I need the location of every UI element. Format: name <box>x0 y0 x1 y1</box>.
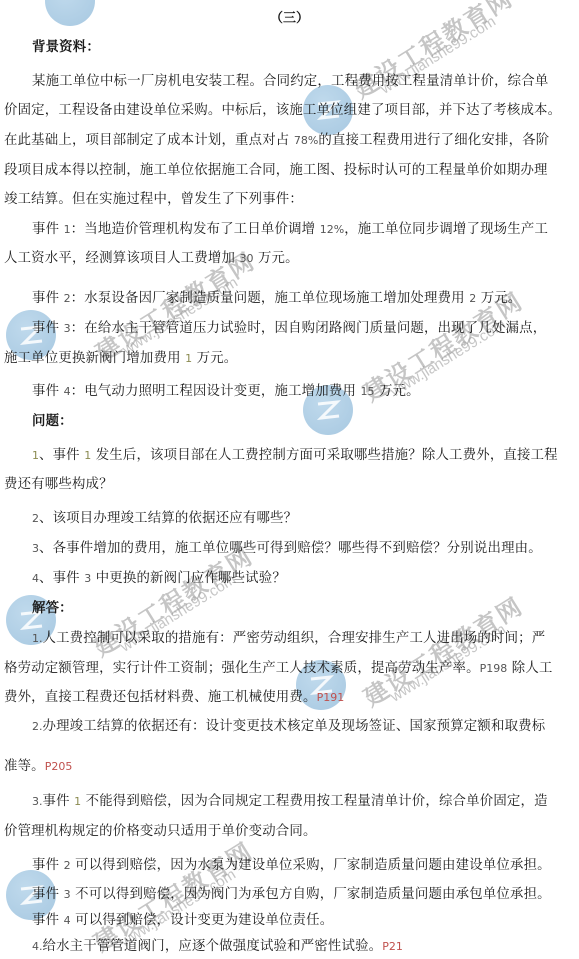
question-2: 2、该项目办理竣工结算的依据还应有哪些？ <box>32 510 297 528</box>
event-1: 事件 1：当地造价管理机构发布了工日单价调增 12%，施工单位同步调增了现场生产… <box>32 221 548 239</box>
page-reference: P191 <box>317 691 345 704</box>
answer-1-cont: 费外，直接工程费还包括材料费、施工机械使用费。P191 <box>4 689 344 707</box>
answer-3: 3.事件 1 不能得到赔偿，因为合同规定工程费用按工程量清单计价，综合单价固定，… <box>32 793 548 811</box>
event-1-cont: 人工资水平，经测算该项目人工费增加 30 万元。 <box>4 250 299 268</box>
event-3: 事件 3：在给水主干管管道压力试验时，因自购闭路阀门质量问题，出现了几处漏点， <box>32 320 546 338</box>
answer-1-cont: 格劳动定额管理，实行计件工资制；强化生产工人技术素质，提高劳动生产率。P198 … <box>4 660 553 678</box>
event-2: 事件 2：水泵设备因厂家制造质量问题，施工单位现场施工增加处理费用 2 万元。 <box>32 290 521 308</box>
background-line: 竣工结算。但在实施过程中，曾发生了下列事件： <box>4 191 303 209</box>
answer-4: 4.给水主干管管道阀门，应逐个做强度试验和严密性试验。P21 <box>32 938 403 956</box>
watermark: 建设工程教育网 <box>360 690 542 714</box>
event-4: 事件 4：电气动力照明工程因设计变更，施工增加费用 15 万元。 <box>32 383 420 401</box>
answer-1: 1.人工费控制可以采取的措施有：严密劳动组织，合理安排生产工人进出场的时间；严 <box>32 630 545 648</box>
event-3-cont: 施工单位更换新阀门增加费用 1 万元。 <box>4 350 237 368</box>
questions-heading: 问题： <box>32 413 73 431</box>
question-1: 1、事件 1 发生后，该项目部在人工费控制方面可采取哪些措施？除人工费外，直接工… <box>32 447 558 465</box>
question-3: 3、各事件增加的费用，施工单位哪些可得到赔偿？哪些得不到赔偿？分别说出理由。 <box>32 540 542 558</box>
background-line: 某施工单位中标一厂房机电安装工程。合同约定，工程费用按工程量清单计价，综合单 <box>32 73 548 91</box>
answer-2: 2.办理竣工结算的依据还有：设计变更技术核定单及现场签证、国家预算定额和取费标 <box>32 718 545 736</box>
answer-3-cont: 价管理机构规定的价格变动只适用于单价变动合同。 <box>4 823 317 841</box>
section-title: （三） <box>0 7 579 26</box>
background-heading: 背景资料： <box>32 39 100 57</box>
background-line: 段项目成本得以控制，施工单位依据施工合同，施工图、投标时认可的工程量单价如期办理 <box>4 162 548 180</box>
answer-2-cont: 准等。P205 <box>4 758 72 776</box>
answer-3-event-3: 事件 3 不可以得到赔偿，因为阀门为承包方自购，厂家制造质量问题由承包单位承担。 <box>32 886 551 904</box>
question-1-cont: 费还有哪些构成？ <box>4 476 113 494</box>
answer-3-event-2: 事件 2 可以得到赔偿，因为水泵为建设单位采购，厂家制造质量问题由建设单位承担。 <box>32 857 551 875</box>
background-line: 在此基础上，项目部制定了成本计划，重点对占 78%的直接工程费用进行了细化安排，… <box>4 132 549 150</box>
question-4: 4、事件 3 中更换的新阀门应作哪些试验？ <box>32 570 286 588</box>
background-line: 价固定，工程设备由建设单位采购。中标后，该施工单位组建了项目部，并下达了考核成本… <box>4 102 561 120</box>
watermark-url: www.jianshe99.com <box>388 692 521 707</box>
answers-heading: 解答： <box>32 600 73 618</box>
answer-3-event-4: 事件 4 可以得到赔偿，设计变更为建设单位责任。 <box>32 912 333 930</box>
page-reference: P21 <box>382 940 403 953</box>
page-reference: P205 <box>45 760 73 773</box>
document-page: 建设工程教育网 www.jianshe99.com 建设工程教育网 www.ji… <box>0 0 579 959</box>
